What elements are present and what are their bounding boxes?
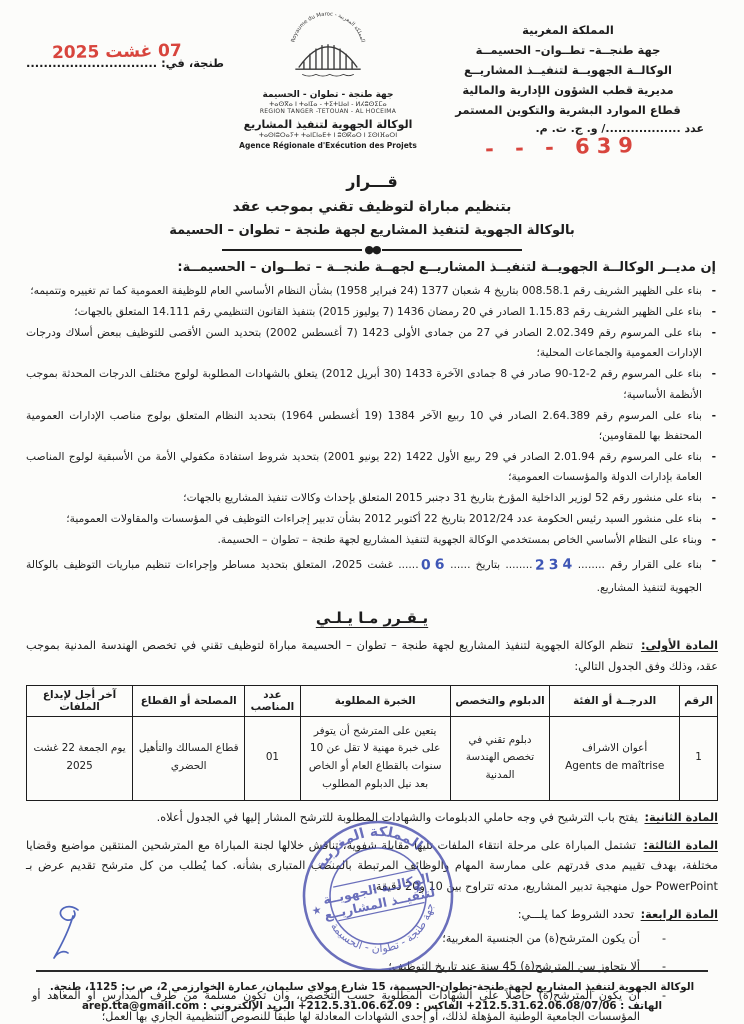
- stamp-star-right: ★: [311, 903, 323, 918]
- fax-label: الفاكس :: [416, 1000, 463, 1012]
- article-1: المادة الأولى: تنظم الوكالة الجهوية لتنف…: [26, 636, 718, 678]
- logo-region-tifinagh: ⵜⴰⵙⴳⴰ ⵏ ⵜⴰⵏⵊⴰ - ⵜⵉⵜⵡⴰⵏ - ⵍⵃⵓⵙⵉⵎⴰ: [238, 100, 418, 108]
- region-name: جهة طنجــة– تطــوان– الحسيمــة: [418, 40, 718, 60]
- consideration-text: بناء على منشور السيد رئيس الحكومة عدد 20…: [66, 512, 702, 525]
- final-consideration-mid: ........ بتاريخ ......: [450, 558, 532, 571]
- directorate-name: مديرية قطب الشؤون الإدارية والمالية: [418, 80, 718, 100]
- logo-region-arabic: جهة طنجة - تطوان - الحسيمة: [238, 90, 418, 100]
- footer-address: الوكالة الجهوية لتنفيذ المشاريع لجهة طنج…: [36, 978, 708, 997]
- article-4-label: المادة الرابعة:: [641, 908, 718, 921]
- consideration-item: بناء على الظهير الشريف رقم 1.15.83 الصاد…: [26, 302, 718, 322]
- col-header-sector: المصلحة أو القطاع: [133, 685, 245, 716]
- decree-subtitle-1: بتنظيم مباراة لتوظيف تقني بموجب عقد: [26, 199, 718, 215]
- consideration-text: وبناء على النظام الأساسي الخاص بمستخدمي …: [218, 533, 702, 546]
- consideration-item: بناء على المرسوم رقم 2-12-90 صادر في 8 ج…: [26, 364, 718, 404]
- final-consideration-pre: بناء على القرار رقم ........: [578, 558, 702, 571]
- date-stamp: 07 غشت 2025: [52, 41, 182, 63]
- consideration-item: بناء على منشور السيد رئيس الحكومة عدد 20…: [26, 509, 718, 529]
- consideration-text: بناء على المرسوم رقم 2.01.94 الصادر في 2…: [26, 450, 702, 483]
- agency-emblem-icon: المملكة المغربية - Royaume du Maroc: [285, 12, 371, 92]
- issuer-block: المملكة المغربية جهة طنجــة– تطــوان– ال…: [418, 12, 718, 168]
- table-header-row: الرقم الدرجــة أو الفئة الدبلوم والتخصص …: [27, 685, 718, 716]
- logo-agency-tifinagh: ⵜⴰⵙⵏⵓⵔⴰⵢⵜ ⵜⴰⵏⵎⵏⴰⴹⵜ ⵏ ⵓⵙⴽⴰⵔ ⵏ ⵉⵙⵏⴼⴰⵔⵏ: [238, 131, 418, 139]
- decree-subtitle-2: بالوكالة الجهوية لتنفيذ المشاريع لجهة طن…: [26, 223, 718, 238]
- cell-grade: أعوان الاشراف Agents de maîtrise: [550, 716, 680, 800]
- handwritten-reference-number: 639 - - -: [485, 133, 641, 161]
- decision-heading: يـقـرر مـا يـلـي: [26, 609, 718, 627]
- footer-contacts: الهاتف : +212.5.31.62.06.08/07/06 الفاكس…: [36, 997, 708, 1016]
- separator-dots: ●●: [364, 247, 379, 253]
- consideration-item: بناء على الظهير الشريف رقم 008.58.1 بتار…: [26, 281, 718, 301]
- col-header-deadline: آخر أجل لإيداع الملفات: [27, 685, 133, 716]
- recruitment-table: الرقم الدرجــة أو الفئة الدبلوم والتخصص …: [26, 685, 718, 801]
- sector-name: قطاع الموارد البشرية والتكوين المستمر: [418, 100, 718, 120]
- decree-title-block: قـــرار بتنظيم مباراة لتوظيف تقني بموجب …: [26, 172, 718, 238]
- agency-logo-block: المملكة المغربية - Royaume du Maroc ج: [238, 12, 418, 150]
- cell-number: 1: [680, 716, 718, 800]
- cell-sector: قطاع المسالك والتأهيل الحضري: [133, 716, 245, 800]
- separator-line: [382, 249, 522, 251]
- article-4-text: تحدد الشروط كما يلـــي:: [518, 908, 634, 921]
- emblem-arc-text: المملكة المغربية - Royaume du Maroc: [290, 12, 365, 43]
- col-header-diploma: الدبلوم والتخصص: [450, 685, 549, 716]
- consideration-item: بناء على المرسوم رقم 2.64.389 الصادر في …: [26, 406, 718, 446]
- email-label: البريد الإلكتروني :: [203, 1000, 294, 1012]
- logo-agency-arabic: الوكالة الجهوية لتنفيذ المشاريع: [238, 118, 418, 131]
- cell-diploma: دبلوم تقني في تخصص الهندسة المدنية: [450, 716, 549, 800]
- consideration-item: بناء على منشور رقم 52 لوزير الداخلية الم…: [26, 488, 718, 508]
- consideration-text: بناء على منشور رقم 52 لوزير الداخلية الم…: [183, 491, 702, 504]
- consideration-item: وبناء على النظام الأساسي الخاص بمستخدمي …: [26, 530, 718, 550]
- phone-number: +212.5.31.62.06.08/07/06: [466, 1000, 616, 1012]
- article-3-label: المادة الثالثة:: [644, 839, 718, 852]
- cell-experience: يتعين على المترشح أن يتوفر على خبرة مهني…: [300, 716, 450, 800]
- date-block: طنجة، في: ..............................…: [26, 12, 238, 71]
- grade-arabic: أعوان الاشراف: [582, 742, 647, 754]
- decree-document-page: المملكة المغربية جهة طنجــة– تطــوان– ال…: [0, 0, 744, 1024]
- bridge-illustration: [295, 44, 360, 76]
- col-header-grade: الدرجــة أو الفئة: [550, 685, 680, 716]
- col-header-positions: عدد المناصب: [245, 685, 300, 716]
- fax-number: +212.5.31.06.62.09: [298, 1000, 412, 1012]
- consideration-item-final: بناء على القرار رقم ........234........ …: [26, 551, 718, 597]
- article-2-label: المادة الثانية:: [644, 811, 718, 824]
- decree-title: قـــرار: [26, 172, 718, 191]
- article-1-text: تنظم الوكالة الجهوية لتنفيذ المشاريع لجه…: [26, 639, 718, 673]
- director-signature: [44, 900, 96, 964]
- consideration-item: بناء على المرسوم رقم 2.02.349 الصادر في …: [26, 323, 718, 363]
- handwritten-decision-number: 234: [532, 552, 578, 580]
- official-round-stamp: المملكة المغربية جهة طنجة - تطوان - الحس…: [280, 797, 475, 995]
- logo-region-french: REGION TANGER -TETOUAN - AL HOCEIMA: [238, 108, 418, 115]
- col-header-experience: الخبرة المطلوبة: [300, 685, 450, 716]
- title-separator: ●●: [222, 247, 522, 253]
- consideration-text: بناء على المرسوم رقم 2-12-90 صادر في 8 ج…: [26, 367, 702, 400]
- consideration-item: بناء على المرسوم رقم 2.01.94 الصادر في 2…: [26, 447, 718, 487]
- consideration-text: بناء على المرسوم رقم 2.64.389 الصادر في …: [26, 409, 702, 442]
- cell-positions: 01: [245, 716, 300, 800]
- logo-agency-french: Agence Régionale d'Exécution des Projets: [238, 141, 418, 150]
- table-row: 1 أعوان الاشراف Agents de maîtrise دبلوم…: [27, 716, 718, 800]
- agency-name: الوكالــة الجهويــة لتنفيــذ المشاريــع: [418, 60, 718, 80]
- cell-deadline: يوم الجمعة 22 غشت 2025: [27, 716, 133, 800]
- consideration-text: بناء على المرسوم رقم 2.02.349 الصادر في …: [26, 326, 702, 359]
- phone-label: الهاتف :: [620, 1000, 662, 1012]
- consideration-text: بناء على الظهير الشريف رقم 1.15.83 الصاد…: [74, 305, 702, 318]
- document-header: المملكة المغربية جهة طنجــة– تطــوان– ال…: [26, 12, 718, 168]
- legal-considerations-list: بناء على الظهير الشريف رقم 008.58.1 بتار…: [26, 281, 718, 598]
- consideration-text: بناء على الظهير الشريف رقم 008.58.1 بتار…: [30, 284, 702, 297]
- director-intro-line: إن مديــر الوكالــة الجهويــة لتنفيــذ ا…: [26, 260, 716, 275]
- reference-number-line: عدد ................../ و. ج. ت. م. 639 …: [418, 122, 718, 168]
- grade-french: Agents de maîtrise: [554, 758, 675, 776]
- svg-text:المملكة المغربية - Royaume du: المملكة المغربية - Royaume du Maroc: [290, 12, 365, 43]
- col-header-number: الرقم: [680, 685, 718, 716]
- email-address: arep.tta@gmail.com: [82, 1000, 199, 1012]
- document-footer: الوكالة الجهوية لتنفيذ المشاريع لجهة طنج…: [36, 970, 708, 1016]
- kingdom-name: المملكة المغربية: [418, 20, 718, 40]
- article-1-label: المادة الأولى:: [641, 639, 718, 652]
- handwritten-decision-day: 06: [418, 552, 450, 579]
- separator-line: [222, 249, 362, 251]
